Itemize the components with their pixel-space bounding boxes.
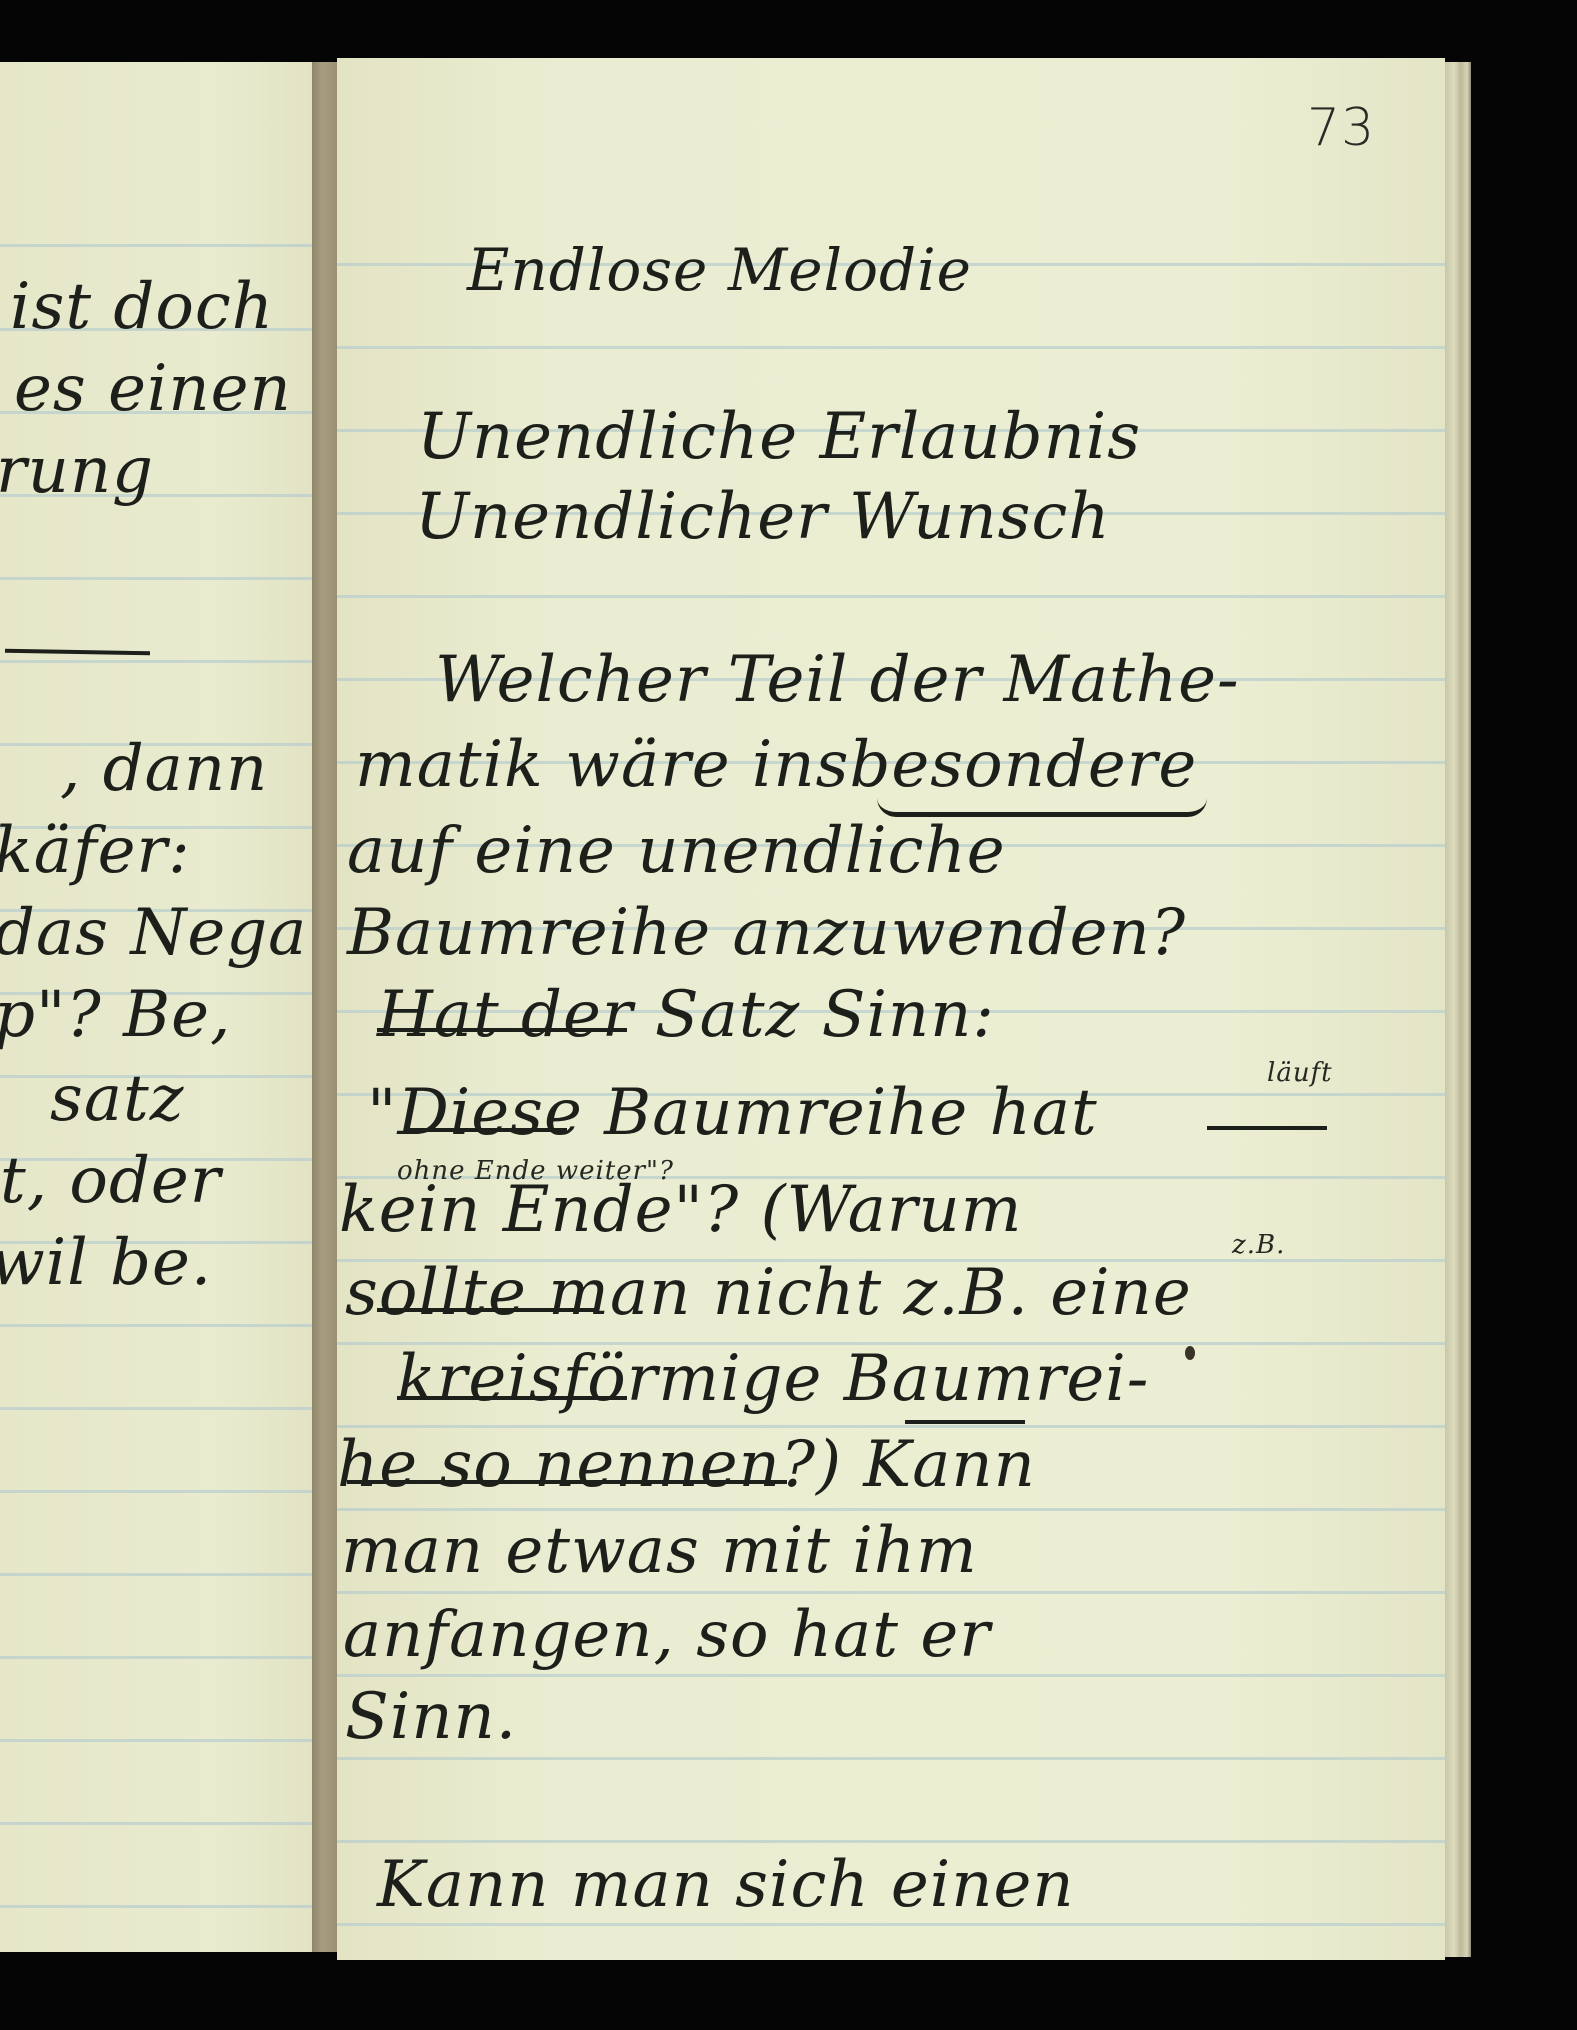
- handwritten-line: rung: [0, 434, 154, 508]
- ruled-line: [337, 1591, 1445, 1594]
- ruled-line: [0, 577, 312, 580]
- ruled-line: [0, 1739, 312, 1742]
- right-page: 73 Endlose Melodie Unendliche Erlaubnis …: [337, 58, 1445, 1960]
- handwritten-line: he so nennen?) Kann: [337, 1428, 1036, 1502]
- handwritten-line: Hat der Satz Sinn:: [377, 978, 995, 1052]
- handwritten-line: auf eine unendliche: [347, 814, 1006, 888]
- handwritten-line: t, oder: [0, 1144, 221, 1218]
- handwritten-line: sollte man nicht z.B. eine: [345, 1256, 1192, 1330]
- handwritten-line: wil be.: [0, 1226, 212, 1300]
- ruled-line: [0, 1573, 312, 1576]
- strike-through: [397, 1396, 627, 1400]
- handwritten-line: satz: [50, 1062, 184, 1136]
- handwritten-line: Welcher Teil der Mathe-: [435, 643, 1240, 717]
- handwritten-line: Unendliche Erlaubnis: [417, 400, 1141, 474]
- handwritten-line: "Diese Baumreihe hat: [367, 1076, 1098, 1150]
- handwritten-line: Baumreihe anzuwenden?: [347, 896, 1186, 970]
- insertion-note: läuft: [1267, 1058, 1333, 1088]
- ruled-line: [0, 244, 312, 247]
- ruled-line: [337, 1757, 1445, 1760]
- handwritten-line: das Nega: [0, 896, 307, 970]
- handwritten-line: ist doch: [10, 270, 274, 344]
- handwritten-line: käfer:: [0, 814, 191, 888]
- ruled-line: [337, 1508, 1445, 1511]
- ruled-line: [0, 1822, 312, 1825]
- handwritten-line: anfangen, so hat er: [343, 1598, 991, 1672]
- ruled-line: [0, 660, 312, 663]
- ruled-line: [0, 1324, 312, 1327]
- strike-through: [1207, 1126, 1327, 1130]
- handwritten-line: Sinn.: [345, 1680, 517, 1754]
- handwritten-line: p"? Be,: [0, 978, 231, 1052]
- strike-through: [407, 1128, 567, 1132]
- handwritten-line: kreisförmige Baumrei-: [397, 1342, 1149, 1416]
- ruled-line: [337, 1840, 1445, 1843]
- ruled-line: [0, 1407, 312, 1410]
- hook-stroke: [5, 649, 150, 656]
- handwritten-line: man etwas mit ihm: [341, 1514, 978, 1588]
- page-number: 73: [1307, 98, 1375, 158]
- page-title: Endlose Melodie: [467, 236, 972, 304]
- strike-through: [347, 1480, 787, 1484]
- handwritten-line: Kann man sich einen: [377, 1848, 1075, 1922]
- left-page: ist doch es einen rung , dann käfer: das…: [0, 62, 312, 1952]
- ruled-line: [337, 1674, 1445, 1677]
- ruled-line: [0, 1905, 312, 1908]
- ruled-line: [337, 1923, 1445, 1926]
- strike-through: [377, 1308, 597, 1312]
- insertion-note: z.B.: [1232, 1230, 1285, 1260]
- notebook-gutter: [312, 62, 337, 1952]
- handwritten-line: Unendlicher Wunsch: [415, 480, 1111, 554]
- ink-blot: [1185, 1346, 1195, 1360]
- underline: [905, 1420, 1025, 1424]
- ruled-line: [337, 595, 1445, 598]
- handwritten-line: kein Ende"? (Warum: [339, 1173, 1022, 1247]
- handwritten-line: es einen: [14, 352, 292, 426]
- ruled-line: [0, 1656, 312, 1659]
- ruled-line: [337, 346, 1445, 349]
- ruled-line: [0, 1490, 312, 1493]
- strike-through: [377, 1028, 627, 1032]
- handwritten-line: matik wäre insbesondere: [355, 728, 1197, 802]
- stacked-page-edges: [1445, 62, 1471, 1957]
- handwritten-line: , dann: [60, 732, 268, 806]
